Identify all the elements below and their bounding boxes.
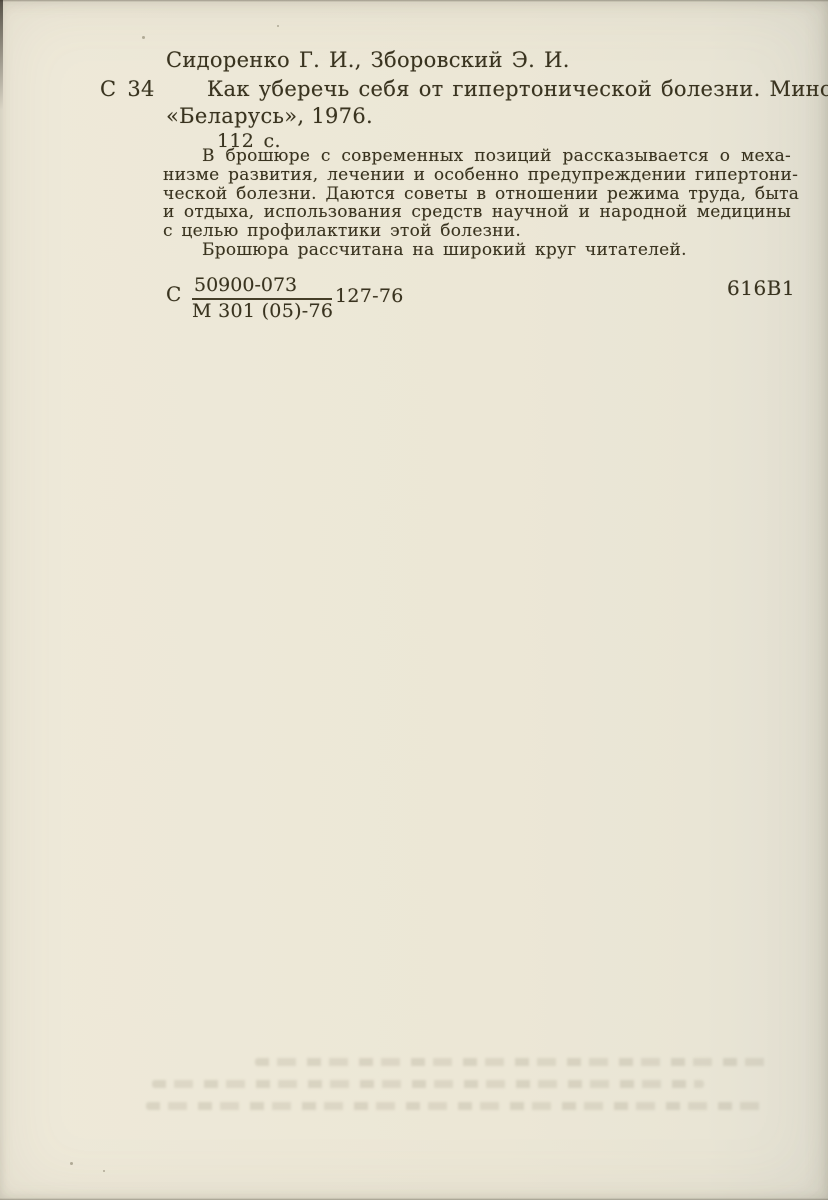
authors-line: Сидоренко Г. И., Зборовский Э. И. xyxy=(166,50,570,71)
imprint-fraction-denominator: М 301 (05)-76 xyxy=(192,300,332,322)
paper-speck xyxy=(70,1162,73,1165)
imprint-fraction-numerator: 50900-073 xyxy=(192,272,332,300)
scan-edge-left-corner xyxy=(0,0,3,110)
paper-speck xyxy=(142,36,145,39)
annotation-line: ческой болезни. Даются советы в отношени… xyxy=(163,185,791,204)
reverse-page-showthrough xyxy=(255,1058,775,1066)
imprint-order-code: 127-76 xyxy=(335,287,404,306)
catalog-letter-code: С 34 xyxy=(100,79,155,100)
annotation-line: и отдыха, использования средств научной … xyxy=(163,203,791,222)
annotation-readership-line: Брошюра рассчитана на широкий круг читат… xyxy=(163,241,791,260)
annotation-line: с целью профилактики этой болезни. xyxy=(163,222,791,241)
reverse-page-showthrough xyxy=(152,1080,704,1088)
reverse-page-showthrough xyxy=(146,1102,761,1110)
scan-edge-top xyxy=(0,0,828,2)
paper-speck xyxy=(103,1170,105,1172)
publisher-year-line: «Беларусь», 1976. xyxy=(166,106,373,127)
imprint-fraction: 50900-073 М 301 (05)-76 xyxy=(192,272,332,322)
scanned-book-imprint-page: Сидоренко Г. И., Зборовский Э. И. С 34 К… xyxy=(0,0,828,1200)
book-title-line: Как уберечь себя от гипертонической боле… xyxy=(166,79,792,100)
paper-speck xyxy=(277,25,279,27)
annotation-paragraph: В брошюре с современных позиций рассказы… xyxy=(163,147,791,260)
classification-code: 616В1 xyxy=(727,278,795,298)
imprint-series-letter: С xyxy=(166,284,182,304)
annotation-line: низме развития, лечении и особенно преду… xyxy=(163,166,791,185)
annotation-line: В брошюре с современных позиций рассказы… xyxy=(163,147,791,166)
